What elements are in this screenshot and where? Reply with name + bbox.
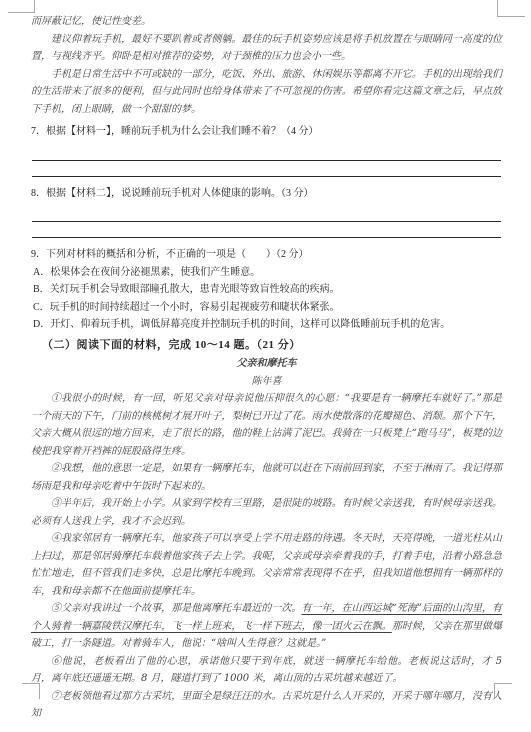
- essay-paragraph-4: ④我家邻居有一辆摩托车，他家孩子可以享受上学不用走路的待遇。冬天时，天亮得晚，一…: [31, 530, 502, 600]
- section-two-header: （二）阅读下面的材料，完成 10～14 题。（21 分）: [31, 337, 502, 355]
- question-9-option-b: B．关灯玩手机会导致眼部瞳孔散大，患青光眼等致盲性较高的疾病。: [31, 281, 502, 299]
- essay-author: 陈年喜: [31, 373, 502, 391]
- essay-paragraph-6: ⑥他说，老板看出了他的心思，承诺他只要干到年底，就送一辆摩托车给他。老板说这话时…: [31, 653, 502, 688]
- question-9-option-c: C．玩手机的时间持续超过一个小时，容易引起视疲劳和睫状体紧张。: [31, 299, 502, 317]
- essay-paragraph-7: ⑦老板领他看过那方古采坑，里面全是绿汪汪的水。古采坑是什么人开采的，开采于哪年哪…: [31, 688, 502, 723]
- page-content: 而屏蔽记忆，使记性变差。 建议仰着玩手机，最好不要趴着或者侧躺。最佳的玩手机姿势…: [31, 13, 502, 723]
- essay-paragraph-3: ③半年后，我开始上小学。从家到学校有三里路，是很陡的坡路。有时候父亲送我，有时候…: [31, 495, 502, 530]
- essay-paragraph-1: ①我很小的时候，有一回，听见父亲对母亲说他压抑很久的心愿：“我要是有一辆摩托车就…: [31, 390, 502, 460]
- essay-paragraph-2: ②我想，他的意思一定是，如果有一辆摩托车，他就可以赶在下雨前回到家，不至于淋雨了…: [31, 460, 502, 495]
- question-9-option-a: A．松果体会在夜间分泌褪黑素，使我们产生睡意。: [31, 264, 502, 282]
- question-9-option-d: D．开灯、仰着玩手机，调低屏幕亮度并控制玩手机的时间，这样可以降低睡前玩手机的危…: [31, 316, 502, 334]
- material-one-closing-line: 而屏蔽记忆，使记性变差。: [31, 13, 502, 31]
- answer-blank-line: [32, 222, 501, 238]
- question-7: 7．根据【材料一】，睡前玩手机为什么会让我们睡不着？（4 分）: [31, 123, 502, 141]
- essay-paragraph-5: ⑤父亲对我讲过一个故事，那是他离摩托车最近的一次。有一年，在山西运城“死海”后面…: [31, 600, 502, 653]
- question-8: 8．根据【材料二】，说说睡前玩手机对人体健康的影响。（3 分）: [31, 185, 502, 203]
- exam-paper-page: 而屏蔽记忆，使记性变差。 建议仰着玩手机，最好不要趴着或者侧躺。最佳的玩手机姿势…: [0, 0, 531, 732]
- material-one-summary-paragraph: 手机是日常生活中不可或缺的一部分，吃饭、外出、旅游、休闲娱乐等都离不开它。手机的…: [31, 66, 502, 119]
- essay-title: 父亲和摩托车: [31, 355, 502, 373]
- essay-paragraph-5-lead: ⑤父亲对我讲过一个故事，那是他离摩托车最近的一次。: [51, 603, 301, 614]
- answer-blank-line: [32, 206, 501, 222]
- answer-blank-line: [32, 145, 501, 161]
- question-9: 9．下列对材料的概括和分析，不正确的一项是（ ）（2 分）: [31, 246, 502, 264]
- crop-mark-top-left: [8, 0, 35, 13]
- material-one-posture-paragraph: 建议仰着玩手机，最好不要趴着或者侧躺。最佳的玩手机姿势应该是将手机放置在与眼睛同…: [31, 31, 502, 66]
- answer-blank-line: [32, 161, 501, 177]
